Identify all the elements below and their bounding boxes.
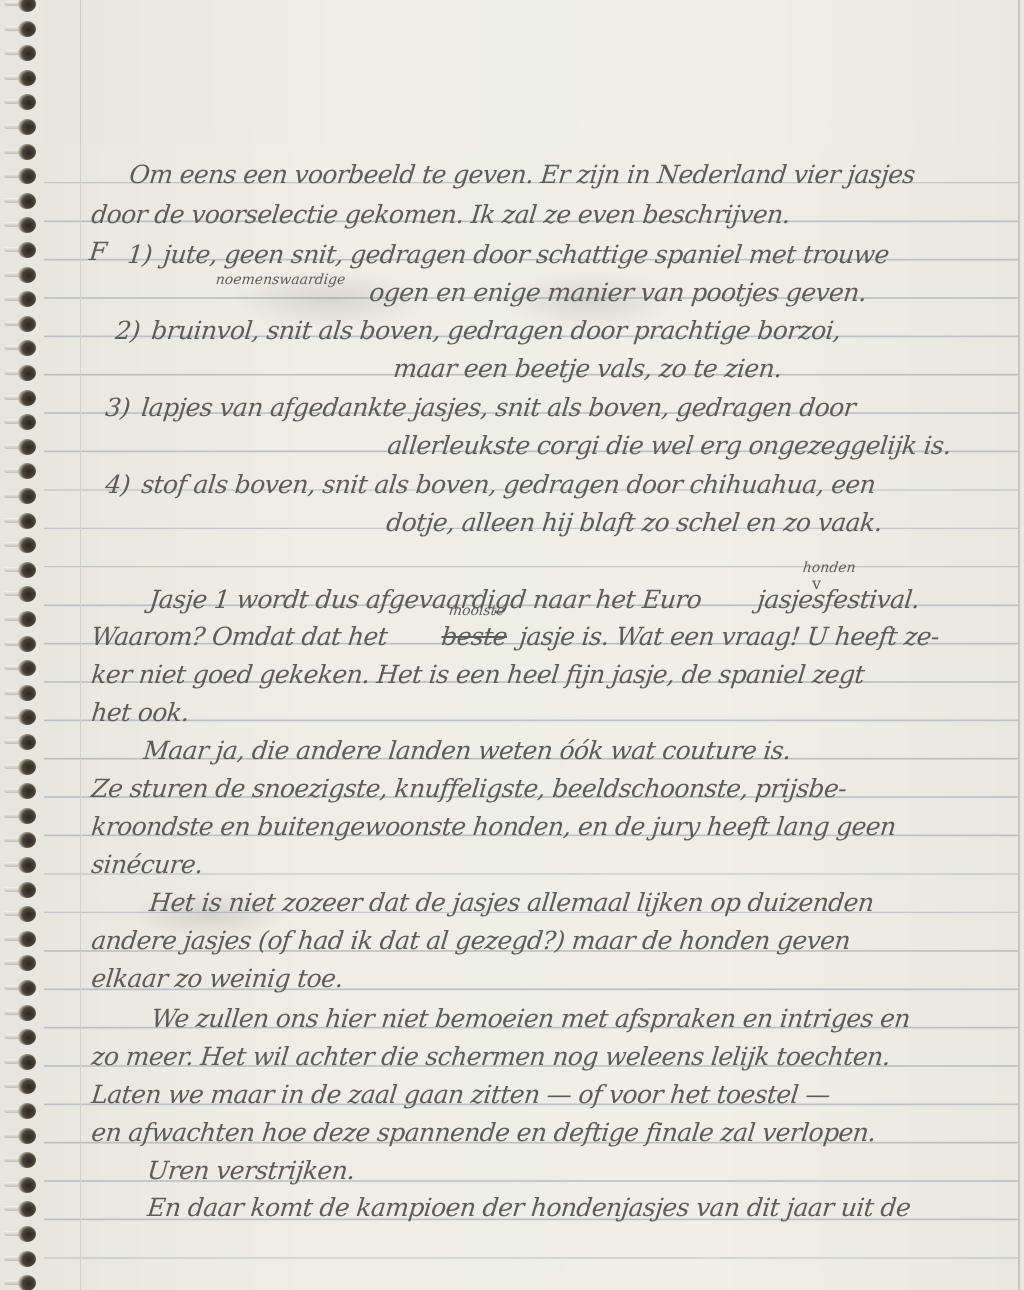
punch-hole	[18, 168, 36, 184]
punch-hole	[18, 1251, 36, 1267]
punch-hole	[18, 1078, 36, 1094]
spiral-coil	[4, 1226, 34, 1242]
spiral-coil	[4, 1275, 34, 1290]
struck-word: beste	[440, 622, 509, 651]
punch-hole	[18, 660, 36, 676]
punch-hole	[18, 390, 36, 406]
spiral-coil	[4, 685, 34, 701]
spiral-coil	[4, 291, 34, 307]
punch-hole	[18, 70, 36, 86]
punch-hole	[18, 882, 36, 898]
spiral-coil	[4, 21, 34, 37]
punch-hole	[18, 931, 36, 947]
spiral-coil	[4, 611, 34, 627]
spiral-coil	[4, 955, 34, 971]
text-line: Laten we maar in de zaal gaan zitten — o…	[90, 1080, 831, 1109]
spiral-coil	[4, 709, 34, 725]
text-line: jute, geen snit, gedragen door schattige…	[162, 240, 890, 269]
spiral-coil	[4, 119, 34, 135]
spiral-coil	[4, 586, 34, 602]
punch-hole	[18, 759, 36, 775]
spiral-coil	[4, 636, 34, 652]
punch-hole	[18, 734, 36, 750]
text-line: Ze sturen de snoezigste, knuffeligste, b…	[90, 774, 848, 803]
punch-hole	[18, 267, 36, 283]
punch-hole	[18, 832, 36, 848]
text-line: kroondste en buitengewoonste honden, en …	[90, 812, 897, 841]
text-line: bruinvol, snit als boven, gedragen door …	[150, 316, 842, 345]
text-line: Het is niet zozeer dat de jasjes allemaa…	[148, 888, 875, 917]
spiral-coil	[4, 980, 34, 996]
punch-hole	[18, 21, 36, 37]
punch-hole	[18, 1029, 36, 1045]
spiral-coil	[4, 0, 34, 12]
punch-hole	[18, 144, 36, 160]
spiral-coil	[4, 340, 34, 356]
spiral-coil	[4, 390, 34, 406]
spiral-coil	[4, 488, 34, 504]
punch-hole	[18, 562, 36, 578]
margin-mark: F	[88, 237, 108, 266]
spiral-coil	[4, 1152, 34, 1168]
text-line: elkaar zo weinig toe.	[90, 964, 344, 993]
punch-hole	[18, 1177, 36, 1193]
punch-hole	[18, 291, 36, 307]
text-line: We zullen ons hier niet bemoeien met afs…	[150, 1004, 911, 1033]
spiral-coil	[4, 1078, 34, 1094]
text-line: Waarom? Omdat dat het	[90, 622, 389, 651]
punch-hole	[18, 439, 36, 455]
text-line: lapjes van afgedankte jasjes, snit als b…	[140, 393, 857, 422]
punch-hole	[18, 1275, 36, 1290]
punch-hole	[18, 980, 36, 996]
spiral-coil	[4, 217, 34, 233]
spiral-binding	[0, 0, 44, 1290]
text-line: het ook.	[90, 698, 190, 727]
punch-hole	[18, 316, 36, 332]
spiral-coil	[4, 734, 34, 750]
spiral-coil	[4, 1201, 34, 1217]
punch-hole	[18, 1128, 36, 1144]
spiral-coil	[4, 783, 34, 799]
text-line: Uren verstrijken.	[146, 1156, 356, 1185]
punch-hole	[18, 611, 36, 627]
punch-hole	[18, 1201, 36, 1217]
spiral-coil	[4, 513, 34, 529]
punch-hole	[18, 1226, 36, 1242]
text-line: sinécure.	[90, 850, 204, 879]
spiral-coil	[4, 562, 34, 578]
spiral-coil	[4, 882, 34, 898]
text-line: allerleukste corgi die wel erg ongezegge…	[386, 431, 952, 460]
text-line: ogen en enige manier van pootjes geven.	[368, 278, 868, 307]
punch-hole	[18, 513, 36, 529]
spiral-coil	[4, 1103, 34, 1119]
spiral-coil	[4, 45, 34, 61]
list-number: 2)	[114, 316, 142, 345]
punch-hole	[18, 217, 36, 233]
punch-hole	[18, 1054, 36, 1070]
spiral-coil	[4, 70, 34, 86]
list-number: 1)	[126, 240, 154, 269]
text-line: En daar komt de kampioen der hondenjasje…	[146, 1193, 912, 1222]
punch-hole	[18, 193, 36, 209]
spiral-coil	[4, 463, 34, 479]
spiral-coil	[4, 365, 34, 381]
spiral-coil	[4, 857, 34, 873]
punch-hole	[18, 636, 36, 652]
spiral-coil	[4, 537, 34, 553]
text-line: jasje is. Wat een vraag! U heeft ze-	[518, 622, 940, 651]
text-line: en afwachten hoe deze spannende en defti…	[90, 1118, 877, 1147]
text-line: maar een beetje vals, zo te zien.	[392, 354, 783, 383]
spiral-coil	[4, 193, 34, 209]
spiral-coil	[4, 832, 34, 848]
punch-hole	[18, 94, 36, 110]
punch-hole	[18, 45, 36, 61]
punch-hole	[18, 340, 36, 356]
punch-hole	[18, 857, 36, 873]
margin-line	[80, 0, 81, 1290]
punch-hole	[18, 488, 36, 504]
list-number: 3)	[104, 393, 132, 422]
spiral-coil	[4, 660, 34, 676]
spiral-coil	[4, 144, 34, 160]
punch-hole	[18, 808, 36, 824]
spiral-coil	[4, 1005, 34, 1021]
text-line: zo meer. Het wil achter die schermen nog…	[90, 1042, 892, 1071]
notebook-page: Om eens een voorbeeld te geven. Er zijn …	[0, 0, 1024, 1290]
spiral-coil	[4, 1054, 34, 1070]
punch-hole	[18, 685, 36, 701]
text-line: Om eens een voorbeeld te geven. Er zijn …	[128, 160, 916, 189]
inserted-word: noemenswaardige	[215, 272, 346, 288]
punch-hole	[18, 537, 36, 553]
spiral-coil	[4, 906, 34, 922]
page-edge	[1018, 0, 1020, 1290]
spiral-coil	[4, 759, 34, 775]
punch-hole	[18, 242, 36, 258]
punch-hole	[18, 463, 36, 479]
spiral-coil	[4, 242, 34, 258]
text-line: Maar ja, die andere landen weten óók wat…	[142, 736, 792, 765]
text-line: Jasje 1 wordt dus afgevaardigd naar het …	[148, 585, 703, 614]
punch-hole	[18, 783, 36, 799]
list-number: 4)	[104, 470, 132, 499]
punch-hole	[18, 1005, 36, 1021]
spiral-coil	[4, 808, 34, 824]
spiral-coil	[4, 931, 34, 947]
spiral-coil	[4, 267, 34, 283]
spiral-coil	[4, 414, 34, 430]
punch-hole	[18, 906, 36, 922]
spiral-coil	[4, 439, 34, 455]
text-line: door de voorselectie gekomen. Ik zal ze …	[90, 200, 792, 229]
punch-hole	[18, 709, 36, 725]
punch-hole	[18, 414, 36, 430]
spiral-coil	[4, 1177, 34, 1193]
text-line: stof als boven, snit als boven, gedragen…	[140, 470, 877, 499]
spiral-coil	[4, 168, 34, 184]
punch-hole	[18, 586, 36, 602]
text-line: ker niet goed gekeken. Het is een heel f…	[90, 660, 866, 689]
spiral-coil	[4, 1128, 34, 1144]
punch-hole	[18, 119, 36, 135]
punch-hole	[18, 1103, 36, 1119]
spiral-coil	[4, 1251, 34, 1267]
inserted-word: mooiste	[448, 603, 505, 619]
punch-hole	[18, 365, 36, 381]
spiral-coil	[4, 1029, 34, 1045]
spiral-coil	[4, 94, 34, 110]
text-line: andere jasjes (of had ik dat al gezegd?)…	[90, 926, 852, 955]
spiral-coil	[4, 316, 34, 332]
page-header-blank	[44, 0, 1024, 146]
text-line: jasjesfestival.	[756, 585, 921, 614]
inserted-word: honden	[802, 560, 856, 576]
text-line: dotje, alleen hij blaft zo schel en zo v…	[385, 508, 884, 537]
punch-hole	[18, 1152, 36, 1168]
punch-hole	[18, 0, 36, 12]
punch-hole	[18, 955, 36, 971]
